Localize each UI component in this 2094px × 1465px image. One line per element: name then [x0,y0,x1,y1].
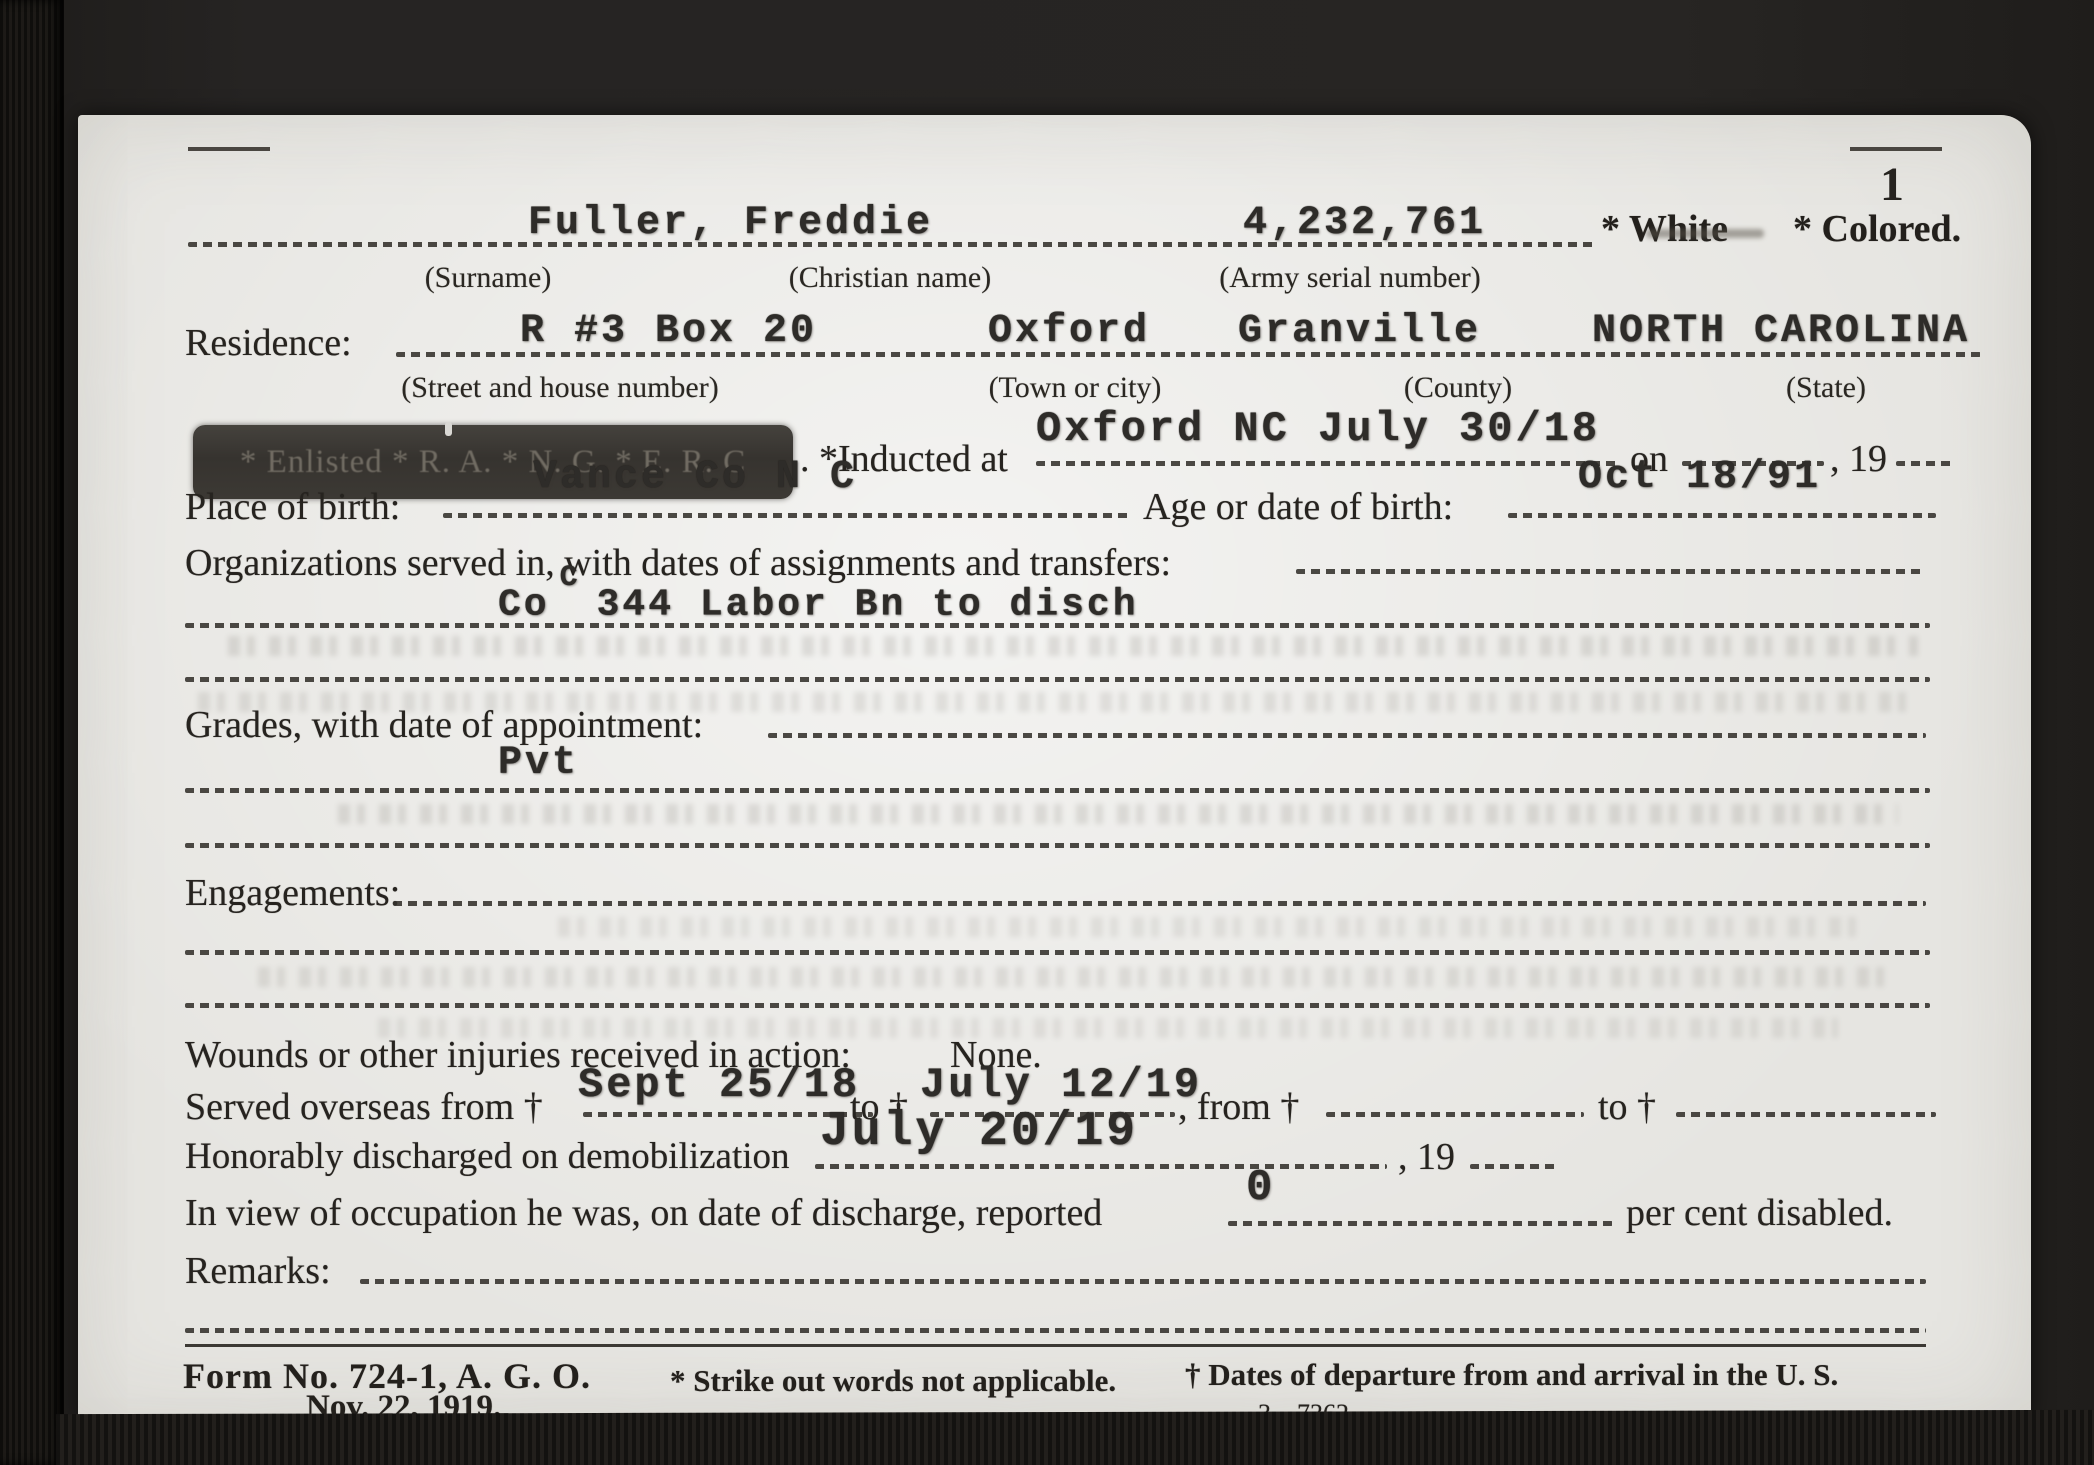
blank-rule [185,1003,1930,1008]
label-street: (Street and house number) [401,371,718,405]
top-left-tick-line [188,147,270,151]
label-county: (County) [1404,371,1512,405]
strike-out-footnote: * Strike out words not applicable. [670,1363,1116,1399]
overseas-from2-rule [1326,1112,1584,1117]
discharge-date-rule [815,1164,1387,1169]
typed-organizations-post: 344 Labor Bn to disch [597,584,1139,627]
residence-line-rule [396,352,1981,357]
redaction-bar-gap [445,422,452,436]
typed-street: R #3 Box 20 [520,309,817,354]
footer-solid-rule [185,1344,1926,1347]
page-number-overline [1850,147,1942,151]
typed-organizations-sup: C [560,561,581,595]
label-christian-name: (Christian name) [789,261,991,295]
percent-disabled-suffix: per cent disabled. [1626,1191,1893,1235]
overseas-to2-label: to † [1598,1085,1656,1129]
typed-state: NORTH CAROLINA [1592,309,1970,354]
remarks-rule [360,1279,1926,1284]
name-line-rule [188,242,1596,247]
date-of-birth-rule [1508,513,1936,518]
engagements-label: Engagements: [185,871,400,915]
overseas-to2-rule [1676,1112,1936,1117]
typed-induction-place-date: Oxford NC July 30/18 [1036,405,1600,453]
year-rule [1896,461,1954,466]
race-option-colored: * Colored. [1793,207,1961,251]
dagger-footnote: † Dates of departure from and arrival in… [1185,1357,1838,1393]
discharge-year-rule [1470,1164,1556,1169]
bleed-through-text [258,967,1898,987]
inducted-at-rule [1036,461,1618,466]
photo-dark-left-edge [0,0,64,1465]
typed-army-serial-number: 4,232,761 [1243,201,1486,246]
photo-dark-bottom-edge [56,1410,2094,1465]
typed-organizations: CoC344 Labor Bn to disch [498,577,1139,627]
typed-name: Fuller, Freddie [528,201,933,246]
bleed-through-text [338,804,1898,824]
place-of-birth-rule [443,513,1131,518]
label-state: (State) [1786,371,1866,405]
white-strikeout-smudge [1646,229,1764,238]
remarks-label: Remarks: [185,1249,331,1293]
typed-county: Granville [1238,309,1481,354]
blank-rule [185,843,1930,848]
discharged-label: Honorably discharged on demobilization [185,1135,790,1178]
organizations-rule [1296,569,1926,574]
place-of-birth-label: Place of birth: [185,485,400,529]
label-surname: (Surname) [425,261,552,295]
typed-percent-disabled: 0 [1246,1163,1275,1213]
engagements-rule [393,901,1926,906]
footer-dotted-rule [185,1328,1926,1333]
blank-rule [185,677,1930,682]
grades-label: Grades, with date of appointment: [185,703,703,747]
occupation-label: In view of occupation he was, on date of… [185,1191,1102,1235]
typed-place-of-birth: Vance Co N C [533,455,857,500]
blank-rule [185,788,1930,793]
discharge-year-label: , 19 [1398,1135,1455,1179]
typed-date-of-birth: Oct 18/91 [1578,455,1821,500]
served-overseas-label: Served overseas from † [185,1085,543,1129]
year-19-label: , 19 [1830,437,1887,481]
typed-overseas-from-date: Sept 25/18 [578,1061,860,1109]
label-town: (Town or city) [989,371,1162,405]
blank-rule [185,623,1930,628]
typed-town: Oxford [988,309,1150,354]
label-army-serial-number: (Army serial number) [1219,261,1481,295]
grades-rule [768,733,1926,738]
percent-disabled-rule [1228,1221,1613,1226]
bleed-through-text [558,917,1858,937]
typed-discharge-date: July 20/19 [820,1105,1138,1159]
residence-label: Residence: [185,321,352,365]
typed-overseas-to-date: July 12/19 [920,1061,1202,1109]
page-number: 1 [1880,157,1904,212]
overseas-from2-label: , from † [1178,1085,1299,1129]
typed-organizations-pre: Co [498,584,550,627]
bleed-through-text [228,636,1918,656]
age-or-date-of-birth-label: Age or date of birth: [1143,485,1453,529]
blank-rule [185,950,1930,955]
typed-grade: Pvt [498,741,579,786]
service-record-card: 1 Fuller, Freddie 4,232,761 * White * Co… [78,115,2031,1420]
